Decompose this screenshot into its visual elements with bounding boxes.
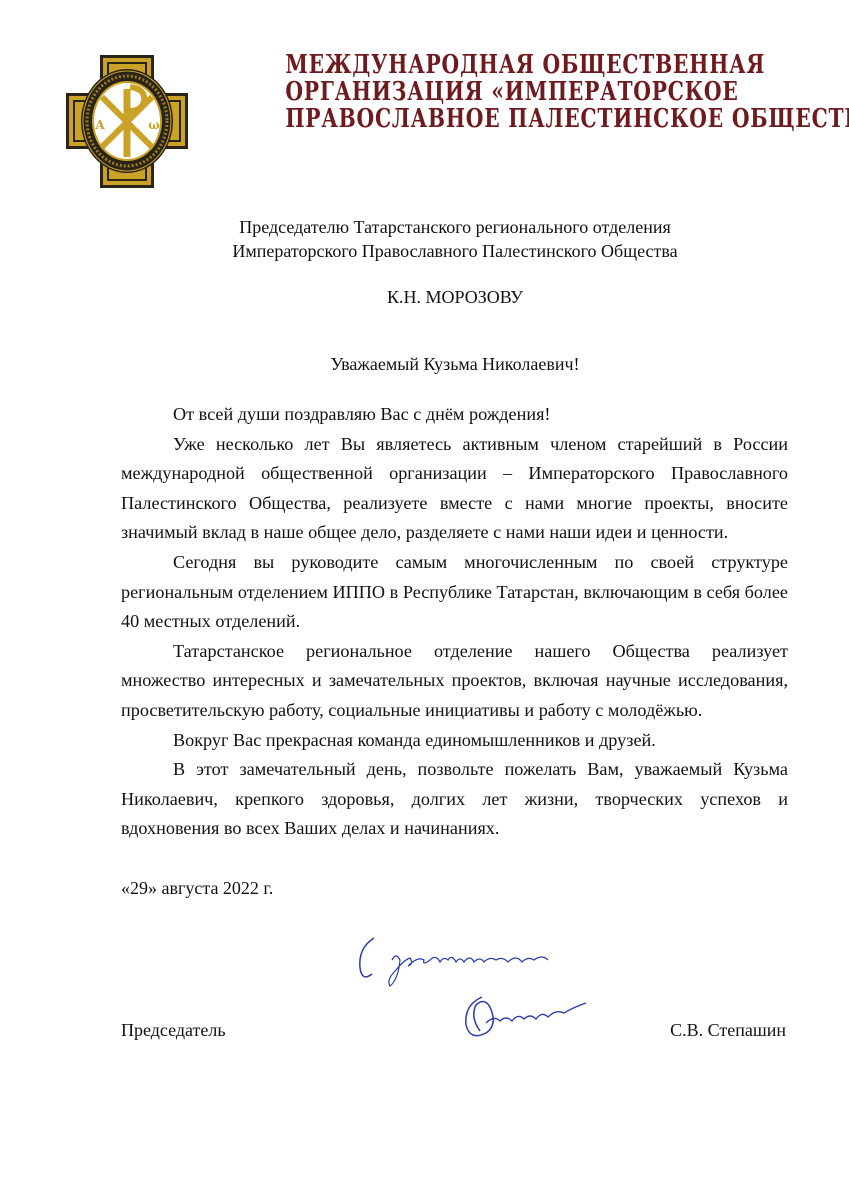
org-title-line-3: ПРАВОСЛАВНОЕ ПАЛЕСТИНСКОЕ ОБЩЕСТВО»: [285, 106, 734, 133]
signature-icon: [460, 985, 600, 1045]
letter-body: От всей души поздравляю Вас с днём рожде…: [121, 400, 788, 844]
chi-rho-cross-emblem-icon: А ω: [66, 55, 188, 188]
addressee-line-1: Председателю Татарстанского региональног…: [100, 215, 810, 239]
handwritten-regards-icon: [352, 930, 572, 990]
recipient-name: К.Н. МОРОЗОВУ: [100, 287, 810, 308]
paragraph: Уже несколько лет Вы являетесь активным …: [121, 430, 788, 548]
svg-text:ω: ω: [148, 118, 159, 132]
paragraph: В этот замечательный день, позвольте пож…: [121, 755, 788, 844]
salutation: Уважаемый Кузьма Николаевич!: [100, 354, 810, 375]
paragraph: Вокруг Вас прекрасная команда единомышле…: [121, 726, 788, 756]
paragraph: Сегодня вы руководите самым многочисленн…: [121, 548, 788, 637]
addressee-block: Председателю Татарстанского региональног…: [100, 215, 810, 263]
svg-text:А: А: [95, 118, 105, 132]
organization-title: МЕЖДУНАРОДНАЯ ОБЩЕСТВЕННАЯ ОРГАНИЗАЦИЯ «…: [285, 52, 734, 133]
addressee-line-2: Императорского Православного Палестинско…: [100, 239, 810, 263]
signatory-role: Председатель: [121, 1020, 226, 1041]
org-title-line-2: ОРГАНИЗАЦИЯ «ИМПЕРАТОРСКОЕ: [285, 79, 734, 106]
paragraph: Татарстанское региональное отделение наш…: [121, 637, 788, 726]
letter-date: «29» августа 2022 г.: [121, 878, 273, 899]
signatory-name: С.В. Степашин: [670, 1020, 786, 1041]
paragraph: От всей души поздравляю Вас с днём рожде…: [121, 400, 788, 430]
org-title-line-1: МЕЖДУНАРОДНАЯ ОБЩЕСТВЕННАЯ: [285, 52, 734, 79]
